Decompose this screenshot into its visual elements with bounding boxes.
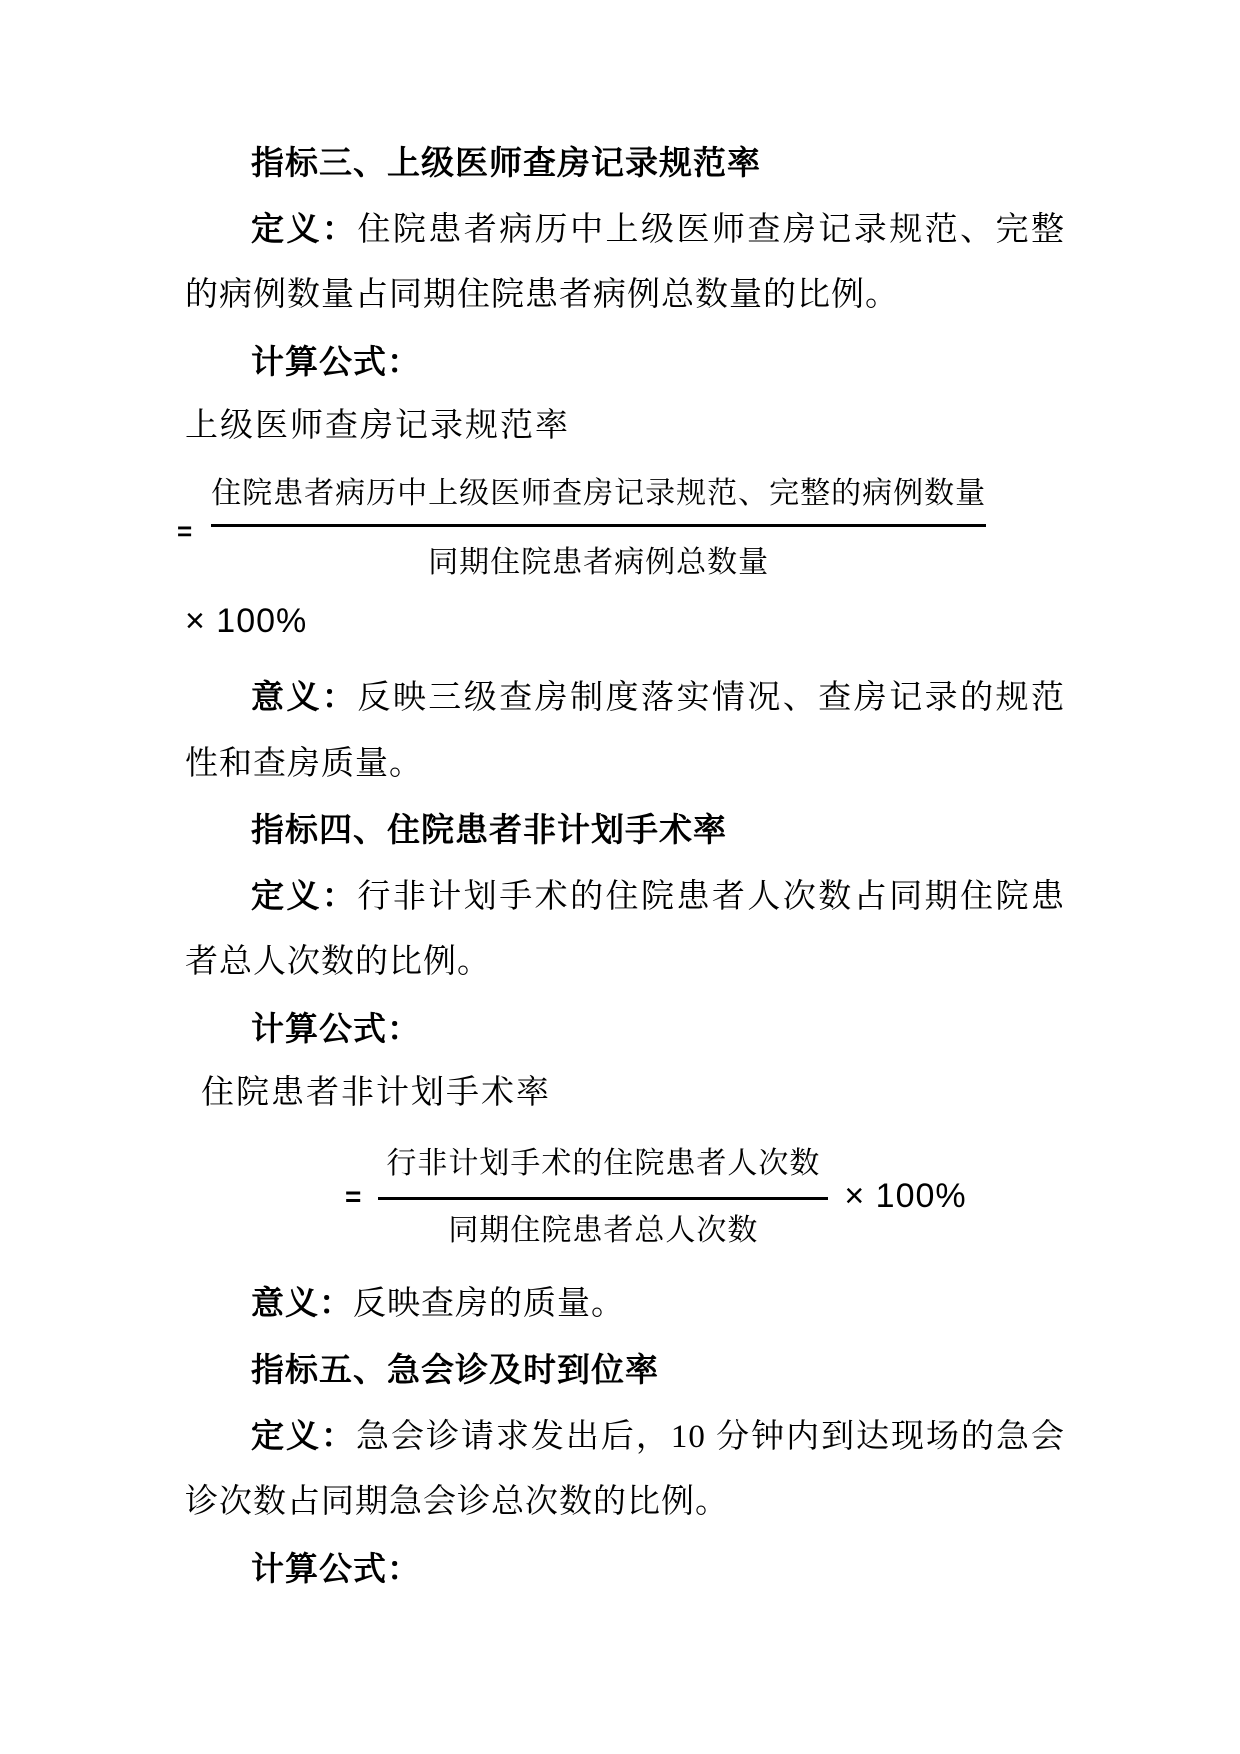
meaning-text: 反映查房的质量。 [353, 1286, 625, 1322]
formula-lhs-indicator-4: 住院患者非计划手术率 [185, 1061, 1065, 1127]
formula-indicator-4: = 行非计划手术的住院患者人次数 同期住院患者总人次数 × 100% [345, 1145, 1065, 1250]
fraction: 行非计划手术的住院患者人次数 同期住院患者总人次数 [378, 1145, 828, 1250]
definition-label: 定义： [251, 877, 357, 914]
definition-paragraph-indicator-3: 定义：住院患者病历中上级医师查房记录规范、完整的病例数量占同期住院患者病例总数量… [185, 196, 1065, 329]
fraction-denominator: 同期住院患者总人次数 [378, 1200, 828, 1250]
section-heading-indicator-3: 指标三、上级医师查房记录规范率 [185, 130, 1065, 196]
definition-paragraph-indicator-4: 定义：行非计划手术的住院患者人次数占同期住院患者总人次数的比例。 [185, 863, 1065, 996]
fraction-denominator: 同期住院患者病例总数量 [211, 527, 986, 583]
formula-multiplier: × 100% [185, 589, 1065, 655]
meaning-label: 意义： [251, 1284, 353, 1321]
definition-label: 定义： [251, 210, 357, 247]
formula-lhs-indicator-3: 上级医师查房记录规范率 [185, 394, 1065, 460]
fraction-numerator: 住院患者病历中上级医师查房记录规范、完整的病例数量 [211, 474, 986, 527]
section-heading-indicator-5: 指标五、急会诊及时到位率 [185, 1337, 1065, 1403]
definition-paragraph-indicator-5: 定义：急会诊请求发出后，10 分钟内到达现场的急会诊次数占同期急会诊总次数的比例… [185, 1403, 1065, 1536]
formula-multiplier: × 100% [844, 1164, 966, 1230]
meaning-paragraph-indicator-4: 意义：反映查房的质量。 [185, 1270, 1065, 1338]
formula-indicator-3: = 住院患者病历中上级医师查房记录规范、完整的病例数量 同期住院患者病例总数量 … [185, 474, 1065, 655]
formula-label-indicator-5: 计算公式： [185, 1536, 1065, 1602]
fraction-numerator: 行非计划手术的住院患者人次数 [378, 1145, 828, 1200]
definition-label: 定义： [251, 1417, 356, 1454]
section-heading-indicator-4: 指标四、住院患者非计划手术率 [185, 797, 1065, 863]
equals-sign: = [177, 518, 193, 544]
meaning-label: 意义： [251, 678, 357, 715]
fraction: 住院患者病历中上级医师查房记录规范、完整的病例数量 同期住院患者病例总数量 [211, 474, 986, 583]
document-page: 指标三、上级医师查房记录规范率 定义：住院患者病历中上级医师查房记录规范、完整的… [0, 0, 1240, 1754]
formula-label-indicator-3: 计算公式： [185, 329, 1065, 395]
formula-label-indicator-4: 计算公式： [185, 996, 1065, 1062]
fraction-row: = 住院患者病历中上级医师查房记录规范、完整的病例数量 同期住院患者病例总数量 [185, 474, 1065, 583]
meaning-paragraph-indicator-3: 意义：反映三级查房制度落实情况、查房记录的规范性和查房质量。 [185, 664, 1065, 797]
equals-sign: = [345, 1164, 362, 1230]
